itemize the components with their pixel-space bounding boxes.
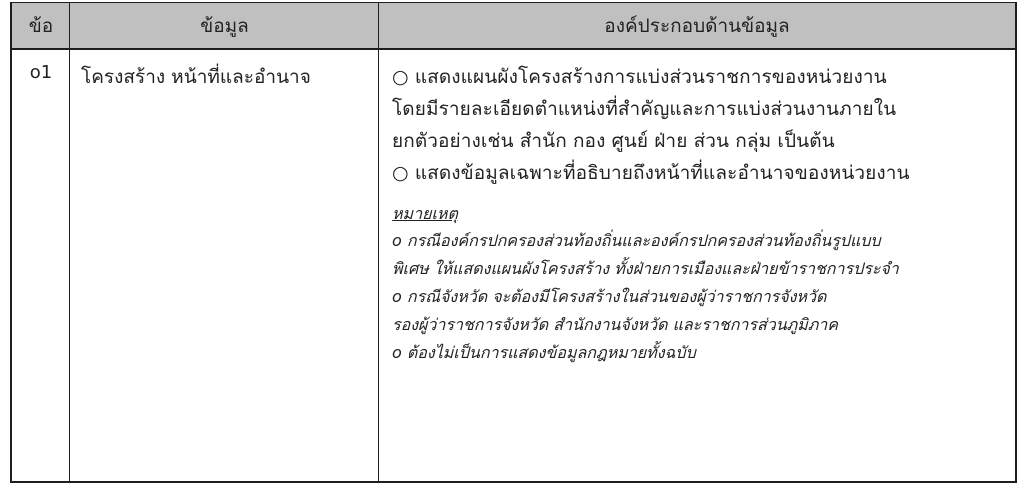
description-line: โดยมีรายละเอียดตำแหน่งที่สำคัญและการแบ่ง…	[392, 93, 1015, 125]
row-number: o1	[12, 50, 70, 83]
row-topic: โครงสร้าง หน้าที่และอำนาจ	[70, 50, 379, 92]
row-description: ○ แสดงแผนผังโครงสร้างการแบ่งส่วนราชการขอ…	[379, 50, 1015, 367]
note-line: รองผู้ว่าราชการจังหวัด สำนักงานจังหวัด แ…	[392, 311, 1015, 339]
header-no: ข้อ	[12, 3, 70, 48]
note-line: o ต้องไม่เป็นการแสดงข้อมูลกฎหมายทั้งฉบับ	[392, 339, 1015, 367]
description-line: ○ แสดงแผนผังโครงสร้างการแบ่งส่วนราชการขอ…	[392, 61, 1015, 93]
note-line: o กรณีจังหวัด จะต้องมีโครงสร้างในส่วนของ…	[392, 283, 1015, 311]
header-description: องค์ประกอบด้านข้อมูล	[379, 3, 1015, 48]
requirements-table: ข้อ ข้อมูล องค์ประกอบด้านข้อมูล o1 โครงส…	[10, 2, 1017, 483]
note-title: หมายเหตุ	[392, 201, 1015, 227]
header-topic: ข้อมูล	[70, 3, 379, 48]
note-block: หมายเหตุ o กรณีองค์กรปกครองส่วนท้องถิ่นแ…	[392, 201, 1015, 367]
note-line: o กรณีองค์กรปกครองส่วนท้องถิ่นและองค์กรป…	[392, 227, 1015, 255]
description-line: ○ แสดงข้อมูลเฉพาะที่อธิบายถึงหน้าที่และอ…	[392, 157, 1015, 189]
note-line: พิเศษ ให้แสดงแผนผังโครงสร้าง ทั้งฝ่ายการ…	[392, 255, 1015, 283]
description-line: ยกตัวอย่างเช่น สำนัก กอง ศูนย์ ฝ่าย ส่วน…	[392, 125, 1015, 157]
table-header-row: ข้อ ข้อมูล องค์ประกอบด้านข้อมูล	[12, 3, 1015, 50]
